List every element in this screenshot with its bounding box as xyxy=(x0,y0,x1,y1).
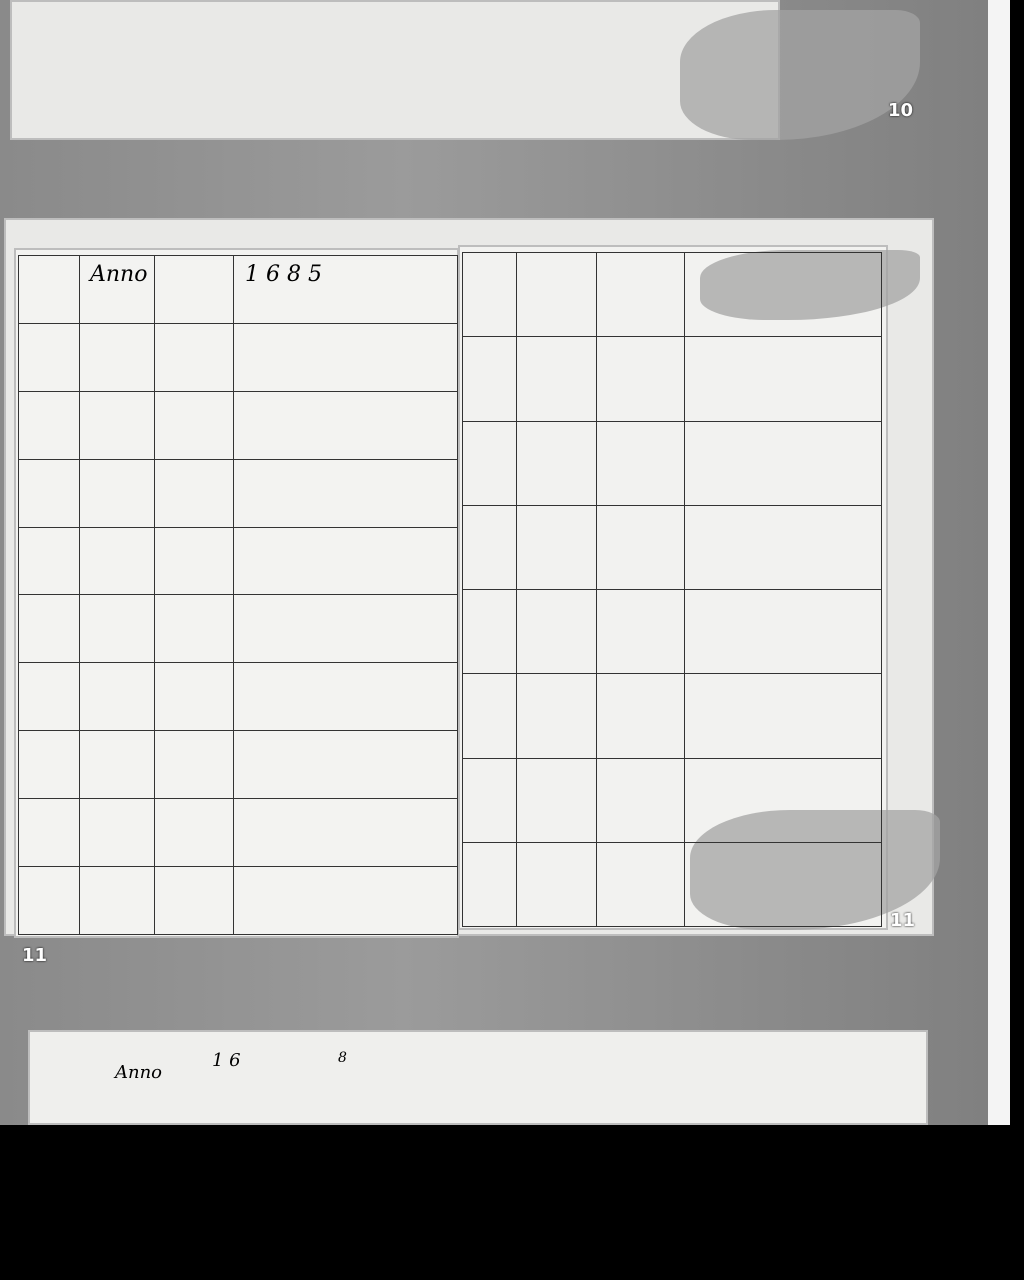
frame-marker-middle: 11 xyxy=(22,945,47,966)
black-background xyxy=(0,1125,1024,1280)
lower-heading-year: 1 6 xyxy=(212,1050,241,1071)
damage-stain xyxy=(680,10,920,140)
register-table xyxy=(462,252,882,927)
register-table xyxy=(18,255,458,935)
lower-heading-anno: Anno xyxy=(115,1062,162,1083)
microfilm-strip: Anno 1 6 8 5 Anno 1 6 8 10 11 11 xyxy=(0,0,1010,1125)
frame-marker-right: 11 xyxy=(890,910,915,931)
frame-marker-upper: 10 xyxy=(888,100,913,121)
upper-frame xyxy=(10,0,780,140)
lower-heading-right: 8 xyxy=(338,1050,347,1066)
film-edge xyxy=(988,0,1010,1125)
lower-frame xyxy=(28,1030,928,1125)
